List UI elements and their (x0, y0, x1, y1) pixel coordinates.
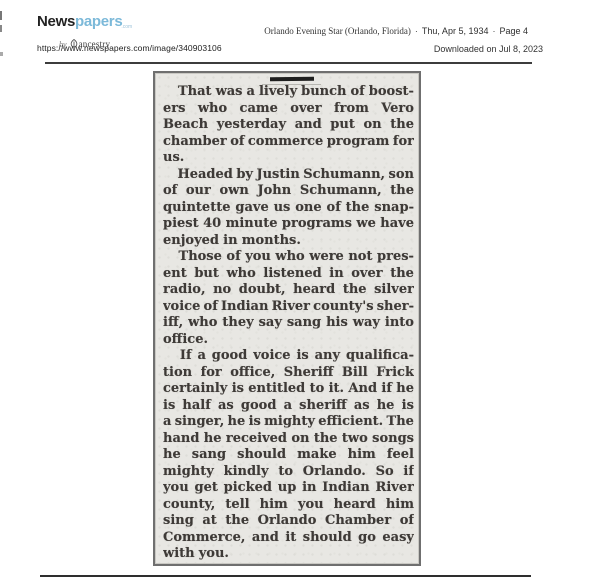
article-line: voiceofIndianRivercounty'ssher- (163, 299, 414, 316)
header-meta: Orlando Evening Star (Orlando, Florida)·… (264, 26, 543, 54)
article-line: withyou. (163, 546, 414, 563)
article-line: office. (163, 332, 414, 349)
paper-name: Orlando Evening Star (Orlando, Florida) (264, 26, 411, 36)
article-line: yougetpickedupinIndianRiver (163, 480, 414, 497)
bottom-rule (40, 575, 531, 577)
article-line: ofourownJohnSchumann,the (163, 183, 414, 200)
scan-artifact (0, 11, 2, 20)
separator-dot: · (415, 26, 418, 36)
logo-news-text: News (37, 13, 75, 30)
article-line: tionforoffice,SheriffBillFrick (163, 365, 414, 382)
article-line: asinger,heismightyefficient.The (163, 414, 414, 431)
source-url: https://www.newspapers.com/image/3409031… (37, 43, 222, 53)
article-line: entbutwholistenedinoverthe (163, 266, 414, 283)
article-line: mightykindlytoOrlando.Soif (163, 464, 414, 481)
source-line: Orlando Evening Star (Orlando, Florida)·… (264, 26, 543, 36)
article-line: enjoyedinmonths. (163, 233, 414, 250)
article-line: chamberofcommerceprogramfor (163, 134, 414, 151)
article-line: certainlyisentitledtoit.Andifhe (163, 381, 414, 398)
downloaded-line: Downloaded on Jul 8, 2023 (264, 44, 543, 54)
article-line: iff,whotheysaysanghiswayinto (163, 315, 414, 332)
article-line: county,tellhimyouheardhim (163, 497, 414, 514)
article-text: Thatwasalivelybunchofboost-erswhocameove… (155, 73, 419, 564)
issue-date: Thu, Apr 5, 1934 (422, 26, 489, 36)
separator-dot: · (492, 26, 495, 36)
newspapers-logo: Newspapers.com byancestry (37, 13, 133, 34)
article-line: ishalfasgoodasheriffasheis (163, 398, 414, 415)
article-line: HeadedbyJustinSchumann,son (163, 167, 414, 184)
article-line: radio,nodoubt,heardthesilver (163, 282, 414, 299)
page-number: Page 4 (499, 26, 528, 36)
article-line: erswhocameoverfromVero (163, 101, 414, 118)
header-rule (45, 62, 532, 64)
article-line: Thoseofyouwhowerenotpres- (163, 249, 414, 266)
scan-artifact (0, 25, 2, 32)
logo-papers-text: papers (75, 13, 122, 30)
article-line: Thatwasalivelybunchofboost- (163, 84, 414, 101)
article-line: singattheOrlandoChamberof (163, 513, 414, 530)
article-line: handhereceivedonthetwosongs (163, 431, 414, 448)
article-line: piest40minuteprogramswehave (163, 216, 414, 233)
logo-com-text: .com (121, 24, 132, 30)
article-line: hesangshouldmakehimfeel (163, 447, 414, 464)
newspaper-clipping: Thatwasalivelybunchofboost-erswhocameove… (153, 71, 421, 566)
article-line: quintettegaveusoneofthesnap- (163, 200, 414, 217)
scan-artifact (0, 52, 3, 56)
scan-page: Newspapers.com byancestry https://www.ne… (0, 0, 589, 585)
article-line: us. (163, 150, 414, 167)
article-line: Ifagoodvoiceisanyqualifica- (163, 348, 414, 365)
article-line: Beachyesterdayandputonthe (163, 117, 414, 134)
article-line: Commerce,anditshouldgoeasy (163, 530, 414, 547)
